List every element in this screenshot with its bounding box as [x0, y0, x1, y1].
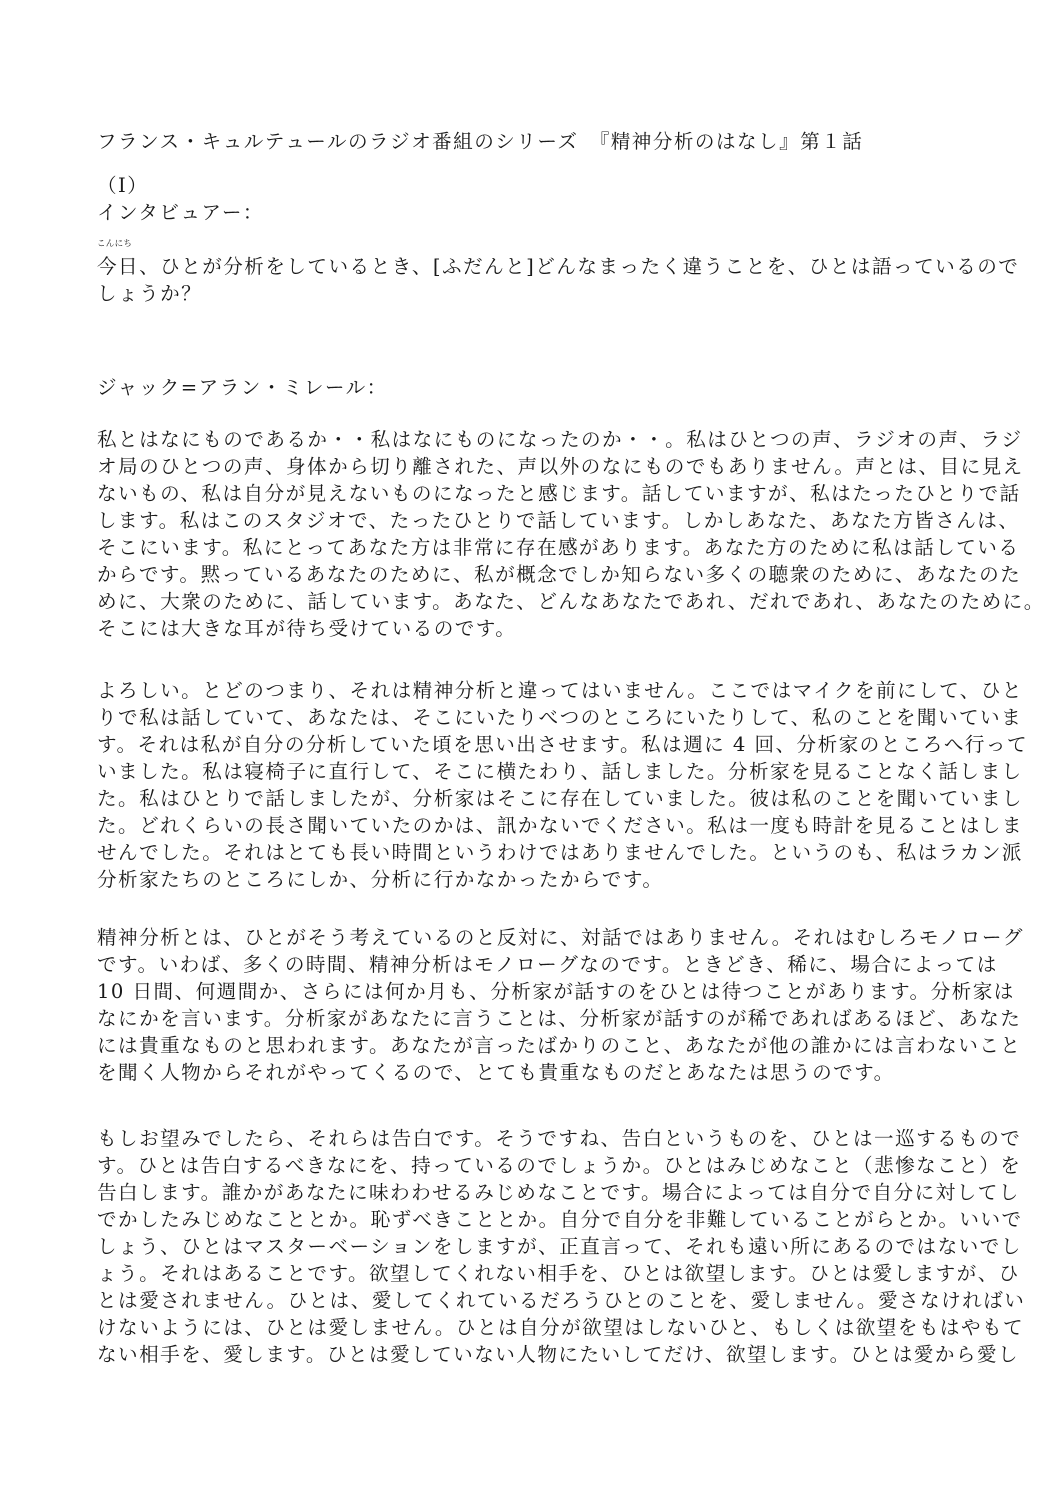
ruby-reading: こんにち: [97, 237, 132, 249]
interviewer-label: インタビュアー：: [97, 199, 264, 226]
paragraph-line: からです。黙っているあなたのために、私が概念でしか知らない多くの聴衆のために、あ…: [97, 561, 977, 588]
paragraph-3: 精神分析とは、ひとがそう考えているのと反対に、対話ではありません。それはむしろモ…: [97, 924, 977, 1086]
paragraph-line: もしお望みでしたら、それらは告白です。そうですね、告白というものを、ひとは一巡す…: [97, 1125, 977, 1152]
paragraph-line: せんでした。それはとても長い時間というわけではありませんでした。というのも、私は…: [97, 839, 977, 866]
document-page: フランス・キュルテュールのラジオ番組のシリーズ 『精神分析のはなし』第１話 （Ⅰ…: [0, 0, 1058, 1497]
paragraph-line: には貴重なものと思われます。あなたが言ったばかりのこと、あなたが他の誰かには言わ…: [97, 1032, 977, 1059]
paragraph-line: とは愛されません。ひとは、愛してくれているだろうひとのことを、愛しません。愛さな…: [97, 1287, 977, 1314]
paragraph-line: りで私は話していて、あなたは、そこにいたりべつのところにいたりして、私のことを聞…: [97, 704, 977, 731]
paragraph-line: た。私はひとりで話しましたが、分析家はそこに存在していました。彼は私のことを聞い…: [97, 785, 977, 812]
paragraph-line: めに、大衆のために、話しています。あなた、どんなあなたであれ、だれであれ、あなた…: [97, 588, 977, 615]
paragraph-line: いました。私は寝椅子に直行して、そこに横たわり、話しました。分析家を見ることなく…: [97, 758, 977, 785]
paragraph-line: す。ひとは告白するべきなにを、持っているのでしょうか。ひとはみじめなこと（悲惨な…: [97, 1152, 977, 1179]
paragraph-line: けないようには、ひとは愛しません。ひとは自分が欲望はしないひと、もしくは欲望をも…: [97, 1314, 977, 1341]
question-line: しょうか？: [97, 280, 977, 307]
paragraph-4: もしお望みでしたら、それらは告白です。そうですね、告白というものを、ひとは一巡す…: [97, 1125, 977, 1368]
paragraph-line: を聞く人物からそれがやってくるので、とても貴重なものだとあなたは思うのです。: [97, 1059, 977, 1086]
paragraph-line: します。私はこのスタジオで、たったひとりで話しています。しかしあなた、あなた方皆…: [97, 507, 977, 534]
paragraph-line: オ局のひとつの声、身体から切り離された、声以外のなにものでもありません。声とは、…: [97, 453, 977, 480]
paragraph-line: 私とはなにものであるか・・私はなにものになったのか・・。私はひとつの声、ラジオの…: [97, 426, 977, 453]
respondent-label: ジャック=アラン・ミレール：: [97, 374, 388, 401]
paragraph-line: なにかを言います。分析家があなたに言うことは、分析家が話すのが稀であればあるほど…: [97, 1005, 977, 1032]
section-marker: （Ⅰ）: [97, 172, 148, 199]
paragraph-line: 告白します。誰かがあなたに味わわせるみじめなことです。場合によっては自分で自分に…: [97, 1179, 977, 1206]
paragraph-line: ないもの、私は自分が見えないものになったと感じます。話していますが、私はたったひ…: [97, 480, 977, 507]
question-line: 今日、ひとが分析をしているとき、[ふだんと]どんなまったく違うことを、ひとは語っ…: [97, 253, 977, 280]
paragraph-line: 10 日間、何週間か、さらには何か月も、分析家が話すのをひとは待つことがあります…: [97, 978, 977, 1005]
paragraph-line: 精神分析とは、ひとがそう考えているのと反対に、対話ではありません。それはむしろモ…: [97, 924, 977, 951]
paragraph-line: 分析家たちのところにしか、分析に行かなかったからです。: [97, 866, 977, 893]
paragraph-line: よろしい。とどのつまり、それは精神分析と違ってはいません。ここではマイクを前にし…: [97, 677, 977, 704]
paragraph-line: ょう。それはあることです。欲望してくれない相手を、ひとは欲望します。ひとは愛しま…: [97, 1260, 977, 1287]
paragraph-line: た。どれくらいの長さ聞いていたのかは、訊かないでください。私は一度も時計を見るこ…: [97, 812, 977, 839]
paragraph-line: す。それは私が自分の分析していた頃を思い出させます。私は週に 4 回、分析家のと…: [97, 731, 977, 758]
paragraph-line: ない相手を、愛します。ひとは愛していない人物にたいしてだけ、欲望します。ひとは愛…: [97, 1341, 977, 1368]
paragraph-2: よろしい。とどのつまり、それは精神分析と違ってはいません。ここではマイクを前にし…: [97, 677, 977, 893]
paragraph-line: そこにいます。私にとってあなた方は非常に存在感があります。あなた方のために私は話…: [97, 534, 977, 561]
paragraph-line: でかしたみじめなこととか。恥ずべきこととか。自分で自分を非難していることがらとか…: [97, 1206, 977, 1233]
document-title: フランス・キュルテュールのラジオ番組のシリーズ 『精神分析のはなし』第１話: [97, 128, 863, 155]
paragraph-line: そこには大きな耳が待ち受けているのです。: [97, 615, 977, 642]
paragraph-line: です。いわば、多くの時間、精神分析はモノローグなのです。ときどき、稀に、場合によ…: [97, 951, 977, 978]
paragraph-line: しょう、ひとはマスターベーションをしますが、正直言って、それも遠い所にあるのでは…: [97, 1233, 977, 1260]
paragraph-1: 私とはなにものであるか・・私はなにものになったのか・・。私はひとつの声、ラジオの…: [97, 426, 977, 642]
interviewer-question: 今日、ひとが分析をしているとき、[ふだんと]どんなまったく違うことを、ひとは語っ…: [97, 253, 977, 307]
